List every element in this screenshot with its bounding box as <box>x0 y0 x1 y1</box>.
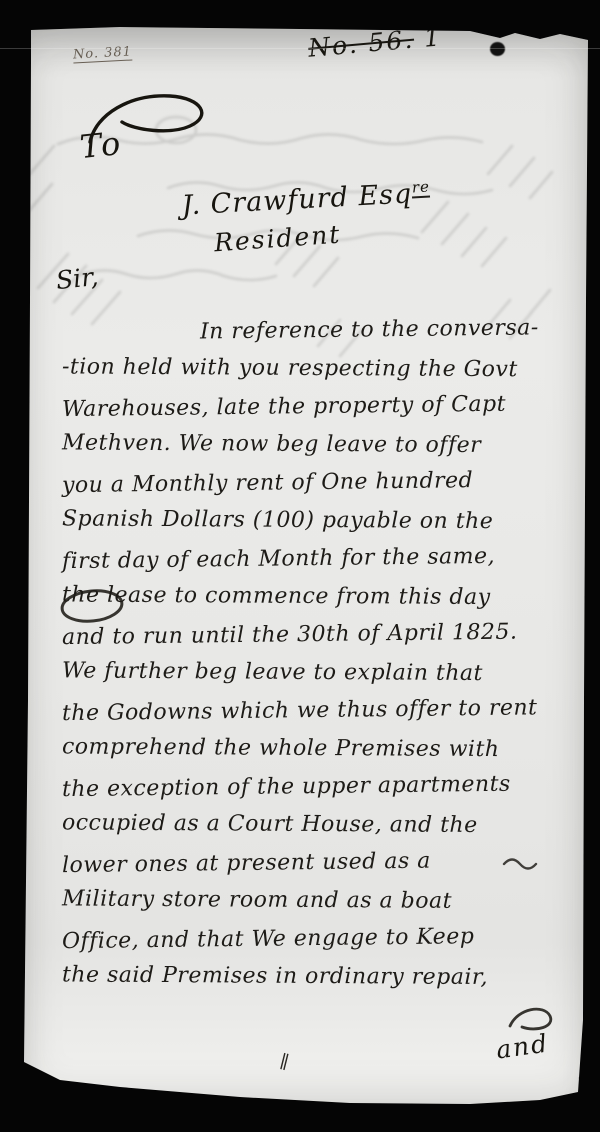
salutation: Sir, <box>55 262 100 295</box>
letter-line: -tion held with you respecting the Govt <box>62 348 578 389</box>
paper-sheet: No. 381 No. 56. 1 To J. Crawfurd Esqre R… <box>18 26 590 1104</box>
recipient-name: J. Crawfurd Esqre <box>135 175 476 224</box>
letter-line: lower ones at present used as a <box>62 841 578 885</box>
letter-line: Methven. We now beg leave to offer <box>62 424 578 465</box>
letter-line: first day of each Month for the same, <box>62 537 578 581</box>
letter-body: In reference to the conversa--tion held … <box>62 312 578 996</box>
recipient-name-text: J. Crawfurd Esq <box>181 178 413 221</box>
letter-line: comprehend the whole Premises with <box>62 728 578 769</box>
letter-line: the exception of the upper apartments <box>62 765 578 809</box>
letter-line: the lease to commence from this day <box>62 576 578 617</box>
letter-line: the Godowns which we thus offer to rent <box>62 689 578 733</box>
letter-line: Spanish Dollars (100) payable on the <box>62 500 578 541</box>
recipient-title: Resident <box>213 220 342 258</box>
letter-line: Warehouses, late the property of Capt <box>62 385 578 429</box>
recipient-name-superscript: re <box>411 178 430 199</box>
letter-line: and to run until the 30th of April 1825. <box>62 613 578 657</box>
revision-number: 1 <box>423 22 443 52</box>
page-mark: ∥ <box>278 1051 291 1073</box>
letter-line: Office, and that We engage to Keep <box>62 917 578 961</box>
catchword: and <box>494 1028 551 1064</box>
file-number: No. 381 <box>73 44 133 63</box>
address-to: To <box>78 124 124 166</box>
scanned-letter-page: No. 381 No. 56. 1 To J. Crawfurd Esqre R… <box>0 0 600 1132</box>
document-number: No. 56. 1 <box>307 22 443 63</box>
letter-line: occupied as a Court House, and the <box>62 804 578 845</box>
letter-line: Military store room and as a boat <box>62 880 578 921</box>
crossed-out-number: No. 56. <box>307 25 415 63</box>
ink-blot <box>490 42 505 56</box>
letter-line: We further beg leave to explain that <box>62 652 578 693</box>
letter-line: the said Premises in ordinary repair, <box>62 956 578 997</box>
letter-line: you a Monthly rent of One hundred <box>62 461 578 505</box>
letter-line: In reference to the conversa- <box>62 309 578 353</box>
